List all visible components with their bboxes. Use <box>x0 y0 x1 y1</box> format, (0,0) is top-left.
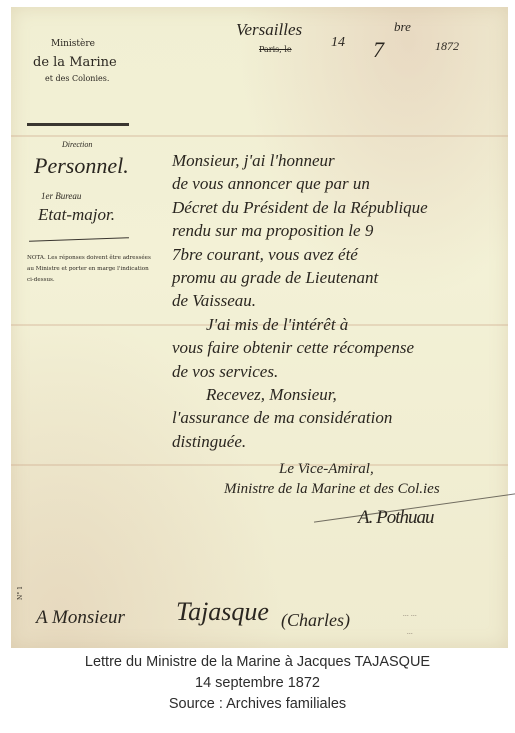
signatory-title: Le Vice-Amiral, <box>279 461 374 478</box>
bureau-label: 1er Bureau <box>41 191 81 201</box>
paper-fold-line <box>11 135 508 137</box>
letter-body: Monsieur, j'ai l'honneur de vous annonce… <box>172 149 428 453</box>
direction-value: Personnel. <box>34 153 129 179</box>
bureau-value: Etat-major. <box>38 205 115 225</box>
caption-source: Source : Archives familiales <box>0 694 515 715</box>
dateline-place: Versailles <box>236 20 302 40</box>
dateline-year: 1872 <box>435 39 459 54</box>
paper-fold-line <box>11 464 508 466</box>
dateline-month-sup: bre <box>394 19 411 35</box>
dateline-day: 14 <box>331 35 345 51</box>
nota-text: NOTA. Les réponses doivent être adressée… <box>27 253 157 286</box>
letterhead-ministere: Ministère <box>51 39 95 49</box>
department-divider <box>29 237 129 241</box>
letter-scan: Ministère de la Marine et des Colonies. … <box>11 7 508 648</box>
letterhead-colonies: et des Colonies. <box>45 74 109 83</box>
recipient-first-name: (Charles) <box>281 610 350 631</box>
image-caption: Lettre du Ministre de la Marine à Jacque… <box>0 652 515 715</box>
document-number: N° 1 <box>17 586 24 600</box>
address-salutation: A Monsieur <box>36 607 125 629</box>
recipient-surname: Tajasque <box>176 597 269 627</box>
letterhead-divider <box>27 123 129 126</box>
caption-title: Lettre du Ministre de la Marine à Jacque… <box>0 652 515 673</box>
dateline-struck-place: Paris, le <box>259 45 292 54</box>
direction-label: Direction <box>62 140 92 149</box>
signature: A. Pothuau <box>358 507 434 529</box>
caption-date: 14 septembre 1872 <box>0 673 515 694</box>
faded-margin-notes: ... ... ... <box>403 605 417 641</box>
letterhead-marine: de la Marine <box>33 55 117 70</box>
signatory-role: Ministre de la Marine et des Col.ies <box>224 481 440 498</box>
dateline-month: 7 <box>373 37 384 63</box>
